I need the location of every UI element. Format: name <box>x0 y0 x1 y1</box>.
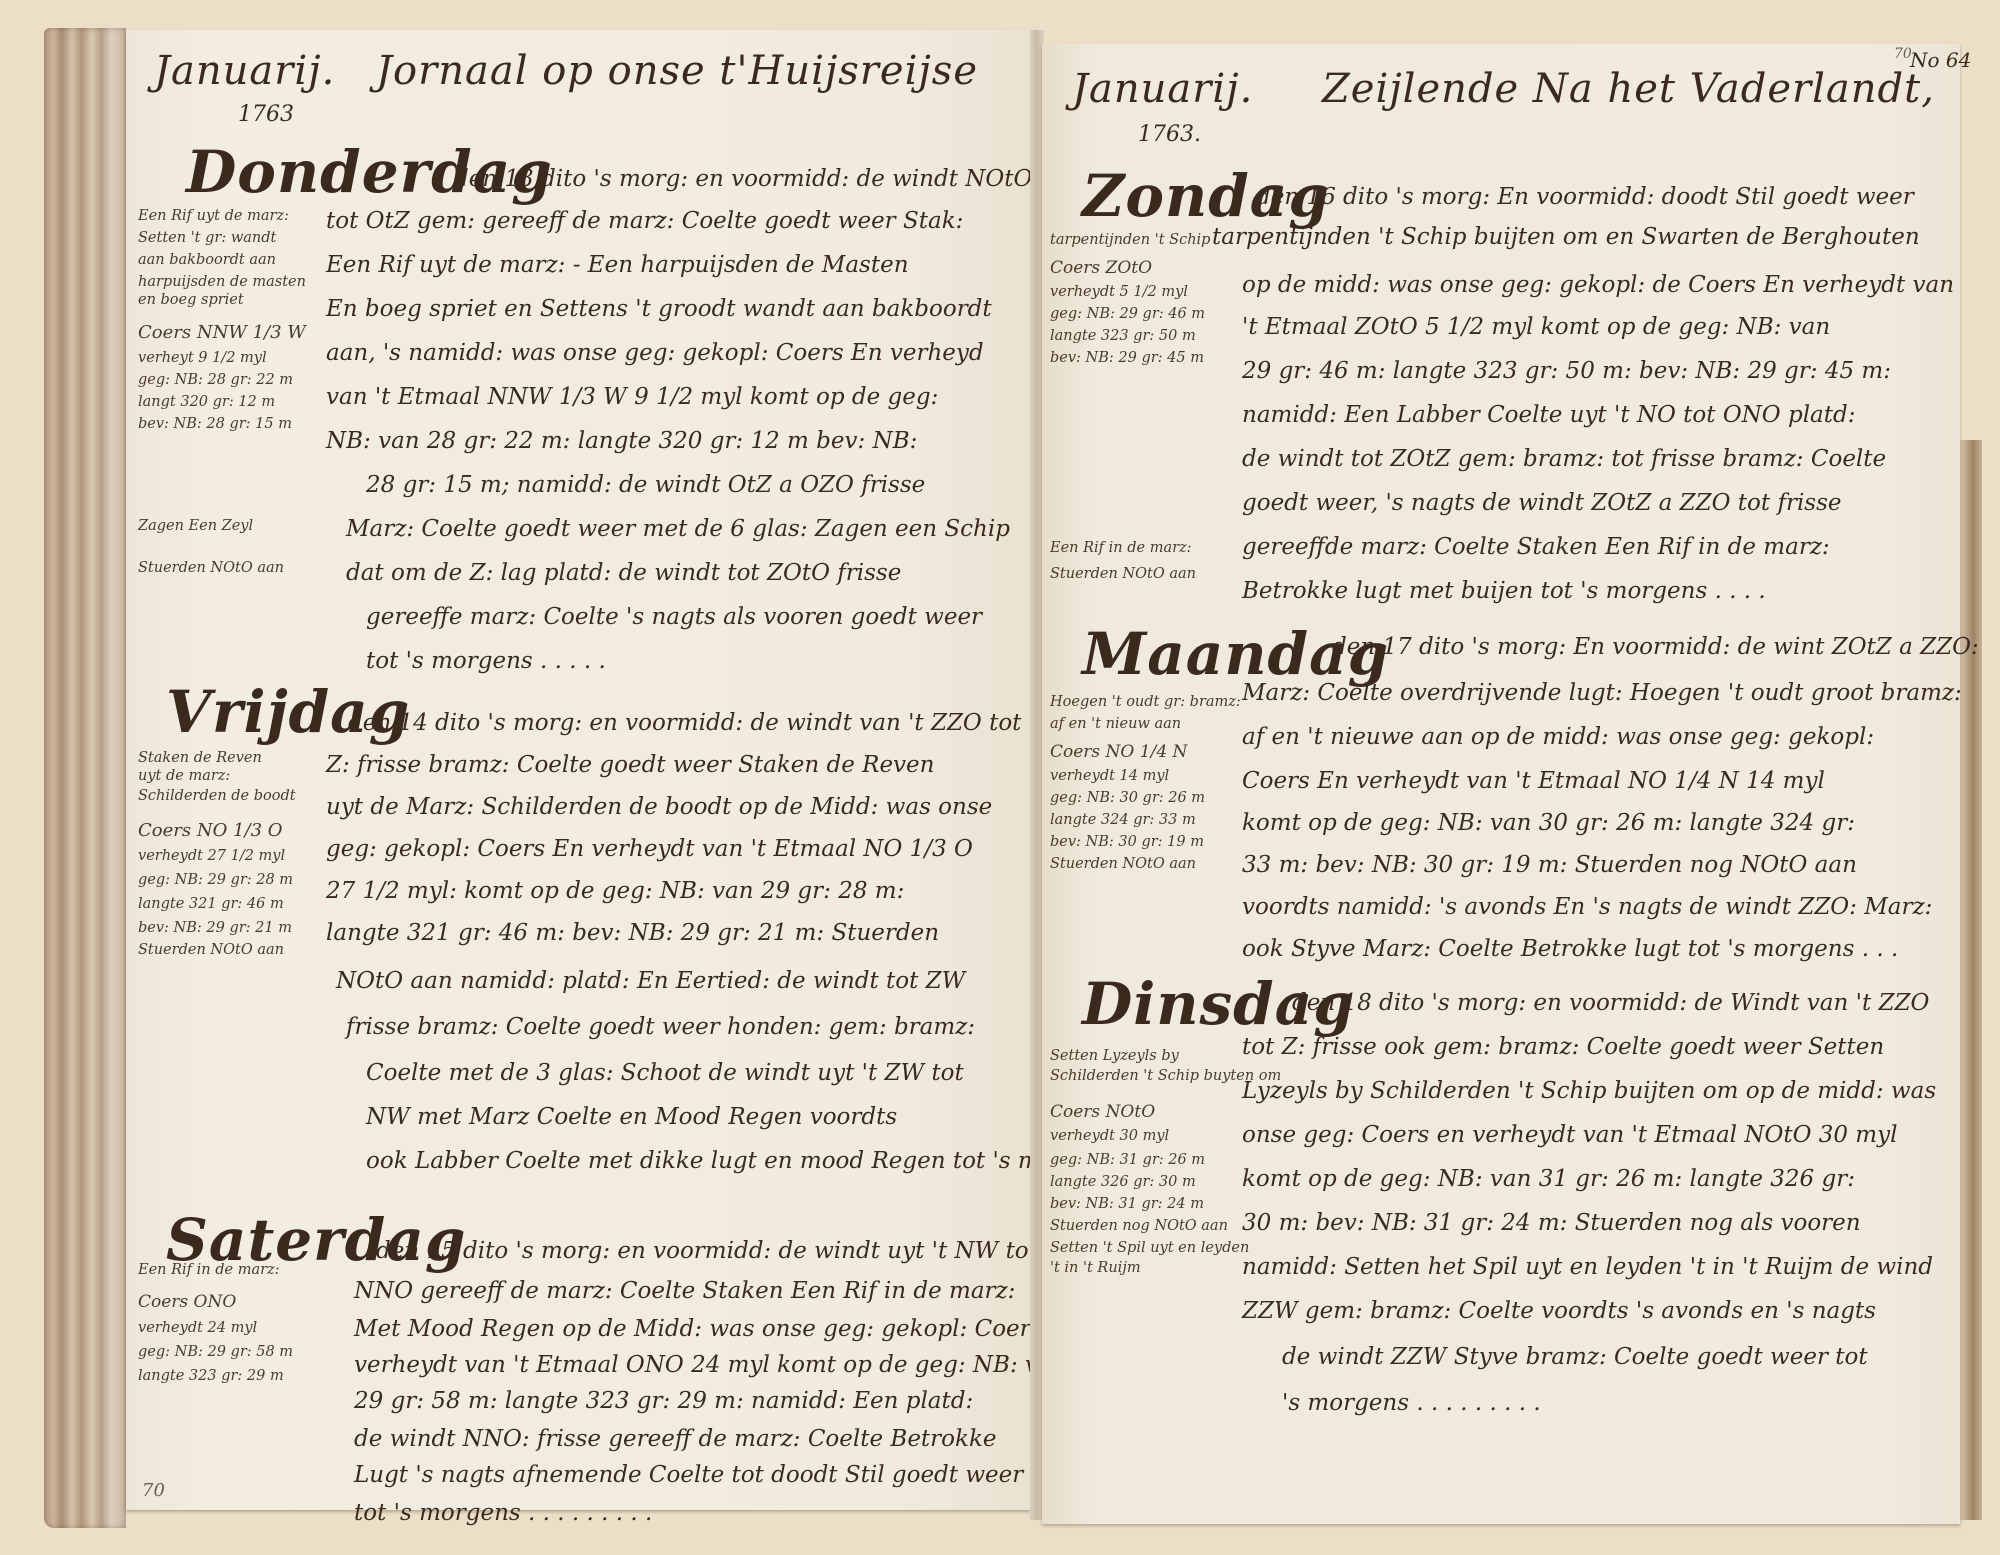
journal-line: van 't Etmaal NNW 1/3 W 9 1/2 myl komt o… <box>326 384 938 410</box>
margin-note: Stuerden NOtO aan <box>138 942 284 958</box>
left-month-heading: Januarij. <box>154 48 335 94</box>
journal-line: aan, 's namidd: was onse geg: gekopl: Co… <box>326 340 984 366</box>
journal-line: namidd: Setten het Spil uyt en leyden 't… <box>1242 1254 1933 1280</box>
margin-note: aan bakboordt aan <box>138 252 276 268</box>
margin-note: harpuijsden de masten <box>138 274 306 290</box>
journal-line: de windt tot ZOtZ gem: bramz: tot frisse… <box>1242 446 1886 472</box>
right-year: 1763. <box>1138 122 1201 147</box>
journal-line: Marz: Coelte goedt weer met de 6 glas: Z… <box>346 516 1010 542</box>
journal-line: den 13 dito 's morg: en voormidd: de win… <box>454 166 1032 192</box>
left-year: 1763 <box>238 102 294 127</box>
journal-line: verheydt van 't Etmaal ONO 24 myl komt o… <box>354 1352 1067 1378</box>
journal-line: Marz: Coelte overdrijvende lugt: Hoegen … <box>1242 680 1962 706</box>
margin-note: Coers NNW 1/3 W <box>138 322 306 343</box>
folio-number: No 64 <box>1910 48 1971 72</box>
journal-line: ook Labber Coelte met dikke lugt en mood… <box>366 1148 1087 1174</box>
margin-note: 't in 't Ruijm <box>1050 1260 1141 1276</box>
journal-line: NB: van 28 gr: 22 m: langte 320 gr: 12 m… <box>326 428 917 454</box>
margin-note: bev: NB: 30 gr: 19 m <box>1050 834 1204 850</box>
margin-note: langte 323 gr: 50 m <box>1050 328 1196 344</box>
right-month-heading: Januarij. <box>1072 66 1253 112</box>
margin-note: Coers ZOtO <box>1050 258 1152 278</box>
margin-note: langte 323 gr: 29 m <box>138 1368 284 1384</box>
journal-line: NOtO aan namidd: platd: En Eertied: de w… <box>336 968 965 994</box>
right-page-title: Zeijlende Na het Vaderlandt, <box>1322 66 1935 112</box>
margin-note: af en 't nieuw aan <box>1050 716 1181 732</box>
margin-note: Setten 't Spil uyt en leyden <box>1050 1240 1249 1256</box>
journal-line: Met Mood Regen op de Midd: was onse geg:… <box>354 1316 1078 1342</box>
journal-line: den 14 dito 's morg: en voormidd: de win… <box>348 710 1021 736</box>
journal-line: Betrokke lugt met buijen tot 's morgens … <box>1242 578 1766 604</box>
margin-note: Setten Lyzeyls by <box>1050 1048 1179 1064</box>
margin-note: Stuerden NOtO aan <box>138 560 284 576</box>
margin-note: Coers NO 1/4 N <box>1050 742 1187 762</box>
journal-line: de windt NNO: frisse gereeff de marz: Co… <box>354 1426 997 1452</box>
journal-line: 33 m: bev: NB: 30 gr: 19 m: Stuerden nog… <box>1242 852 1857 878</box>
journal-line: langte 321 gr: 46 m: bev: NB: 29 gr: 21 … <box>326 920 939 946</box>
journal-line: tot Z: frisse ook gem: bramz: Coelte goe… <box>1242 1034 1884 1060</box>
journal-line: op de midd: was onse geg: gekopl: de Coe… <box>1242 272 1954 298</box>
margin-note: geg: NB: 31 gr: 26 m <box>1050 1152 1205 1168</box>
journal-line: af en 't nieuwe aan op de midd: was onse… <box>1242 724 1874 750</box>
left-page: Januarij. Jornaal op onse t'Huijsreijse … <box>126 30 1031 1510</box>
journal-line: 29 gr: 58 m: langte 323 gr: 29 m: namidd… <box>354 1388 973 1414</box>
margin-note: Schilderden 't Schip buyten om <box>1050 1068 1281 1084</box>
margin-note: verheydt 5 1/2 myl <box>1050 284 1188 300</box>
page-number: 70 <box>142 1480 165 1501</box>
margin-note: Zagen Een Zeyl <box>138 518 253 534</box>
journal-line: Lugt 's nagts afnemende Coelte tot doodt… <box>354 1462 1023 1488</box>
journal-line: uyt de Marz: Schilderden de boodt op de … <box>326 794 992 820</box>
margin-note: bev: NB: 29 gr: 45 m <box>1050 350 1204 366</box>
journal-line: komt op de geg: NB: van 30 gr: 26 m: lan… <box>1242 810 1855 836</box>
journal-line: dat om de Z: lag platd: de windt tot ZOt… <box>346 560 901 586</box>
margin-note: Setten 't gr: wandt <box>138 230 276 246</box>
journal-line: NW met Marz Coelte en Mood Regen voordts <box>366 1104 897 1130</box>
margin-note: Staken de Reven <box>138 750 262 766</box>
journal-line: voordts namidd: 's avonds En 's nagts de… <box>1242 894 1932 920</box>
margin-note: verheydt 27 1/2 myl <box>138 848 285 864</box>
margin-note: verheydt 30 myl <box>1050 1128 1169 1144</box>
margin-note: geg: NB: 29 gr: 28 m <box>138 872 293 888</box>
journal-line: 29 gr: 46 m: langte 323 gr: 50 m: bev: N… <box>1242 358 1891 384</box>
journal-line: NNO gereeff de marz: Coelte Staken Een R… <box>354 1278 1015 1304</box>
journal-line: 30 m: bev: NB: 31 gr: 24 m: Stuerden nog… <box>1242 1210 1861 1236</box>
journal-line: namidd: Een Labber Coelte uyt 't NO tot … <box>1242 402 1855 428</box>
journal-line: Een Rif uyt de marz: - Een harpuijsden d… <box>326 252 909 278</box>
margin-note: langte 326 gr: 30 m <box>1050 1174 1196 1190</box>
journal-line: Coelte met de 3 glas: Schoot de windt uy… <box>366 1060 964 1086</box>
margin-note: uyt de marz: <box>138 768 230 784</box>
left-page-title: Jornaal op onse t'Huijsreijse <box>376 48 978 94</box>
open-manuscript-book: Januarij. Jornaal op onse t'Huijsreijse … <box>0 0 2000 1555</box>
margin-note: Coers NOtO <box>1050 1102 1155 1122</box>
margin-note: geg: NB: 29 gr: 58 m <box>138 1344 293 1360</box>
margin-note: langte 324 gr: 33 m <box>1050 812 1196 828</box>
margin-note: Hoegen 't oudt gr: bramz: <box>1050 694 1241 710</box>
margin-note: en boeg spriet <box>138 292 244 308</box>
margin-note: Schilderden de boodt <box>138 788 296 804</box>
margin-note: tarpentijnden 't Schip <box>1050 232 1210 248</box>
journal-line: komt op de geg: NB: van 31 gr: 26 m: lan… <box>1242 1166 1855 1192</box>
margin-note: Stuerden nog NOtO aan <box>1050 1218 1228 1234</box>
journal-line: frisse bramz: Coelte goedt weer honden: … <box>346 1014 975 1040</box>
journal-line: tot 's morgens . . . . . <box>366 648 606 674</box>
journal-line: gereeffde marz: Coelte Staken Een Rif in… <box>1242 534 1830 560</box>
journal-line: ook Styve Marz: Coelte Betrokke lugt tot… <box>1242 936 1898 962</box>
journal-line: den 18 dito 's morg: en voormidd: de Win… <box>1292 990 1929 1016</box>
journal-line: En boeg spriet en Settens 't groodt wand… <box>326 296 992 322</box>
margin-note: Een Rif in de marz: <box>1050 540 1192 556</box>
journal-line: gereeffe marz: Coelte 's nagts als voore… <box>366 604 982 630</box>
journal-line: Coers En verheydt van 't Etmaal NO 1/4 N… <box>1242 768 1825 794</box>
journal-line: tarpentijnden 't Schip buijten om en Swa… <box>1212 224 1920 250</box>
journal-line: den 16 dito 's morg: En voormidd: doodt … <box>1256 184 1914 210</box>
right-page-stack-edge <box>1960 440 1982 1520</box>
journal-line: de windt ZZW Styve bramz: Coelte goedt w… <box>1282 1344 1868 1370</box>
margin-note: Coers NO 1/3 O <box>138 820 283 841</box>
journal-line: 27 1/2 myl: komt op de geg: NB: van 29 g… <box>326 878 904 904</box>
page-stack-edges <box>44 28 126 1528</box>
journal-line: 's morgens . . . . . . . . . <box>1282 1390 1541 1416</box>
journal-line: den 17 dito 's morg: En voormidd: de win… <box>1332 634 1979 660</box>
margin-note: geg: NB: 29 gr: 46 m <box>1050 306 1205 322</box>
margin-note: Stuerden NOtO aan <box>1050 566 1196 582</box>
margin-note: Coers ONO <box>138 1292 236 1312</box>
journal-line: geg: gekopl: Coers En verheydt van 't Et… <box>326 836 973 862</box>
journal-line: den 15 dito 's morg: en voormidd: de win… <box>376 1238 1038 1264</box>
margin-note: Een Rif in de marz: <box>138 1262 280 1278</box>
margin-note: bev: NB: 28 gr: 15 m <box>138 416 292 432</box>
journal-line: goedt weer, 's nagts de windt ZOtZ a ZZO… <box>1242 490 1842 516</box>
margin-note: langt 320 gr: 12 m <box>138 394 275 410</box>
margin-note: verheyt 9 1/2 myl <box>138 350 267 366</box>
journal-line: Lyzeyls by Schilderden 't Schip buijten … <box>1242 1078 1936 1104</box>
journal-line: Z: frisse bramz: Coelte goedt weer Stake… <box>326 752 934 778</box>
margin-note: geg: NB: 28 gr: 22 m <box>138 372 293 388</box>
margin-note: bev: NB: 29 gr: 21 m <box>138 920 292 936</box>
journal-line: ZZW gem: bramz: Coelte voordts 's avonds… <box>1242 1298 1876 1324</box>
margin-note: Een Rif uyt de marz: <box>138 208 289 224</box>
margin-note: verheydt 14 myl <box>1050 768 1169 784</box>
journal-line: onse geg: Coers en verheydt van 't Etmaa… <box>1242 1122 1897 1148</box>
journal-line: tot OtZ gem: gereeff de marz: Coelte goe… <box>326 208 963 234</box>
margin-note: verheydt 24 myl <box>138 1320 257 1336</box>
margin-note: langte 321 gr: 46 m <box>138 896 284 912</box>
journal-line: 't Etmaal ZOtO 5 1/2 myl komt op de geg:… <box>1242 314 1830 340</box>
margin-note: geg: NB: 30 gr: 26 m <box>1050 790 1205 806</box>
margin-note: bev: NB: 31 gr: 24 m <box>1050 1196 1204 1212</box>
margin-note: Stuerden NOtO aan <box>1050 856 1196 872</box>
journal-line: 28 gr: 15 m; namidd: de windt OtZ a OZO … <box>366 472 925 498</box>
right-page: Januarij. Zeijlende Na het Vaderlandt, 1… <box>1042 44 1960 1524</box>
journal-line: tot 's morgens . . . . . . . . . <box>354 1500 652 1526</box>
